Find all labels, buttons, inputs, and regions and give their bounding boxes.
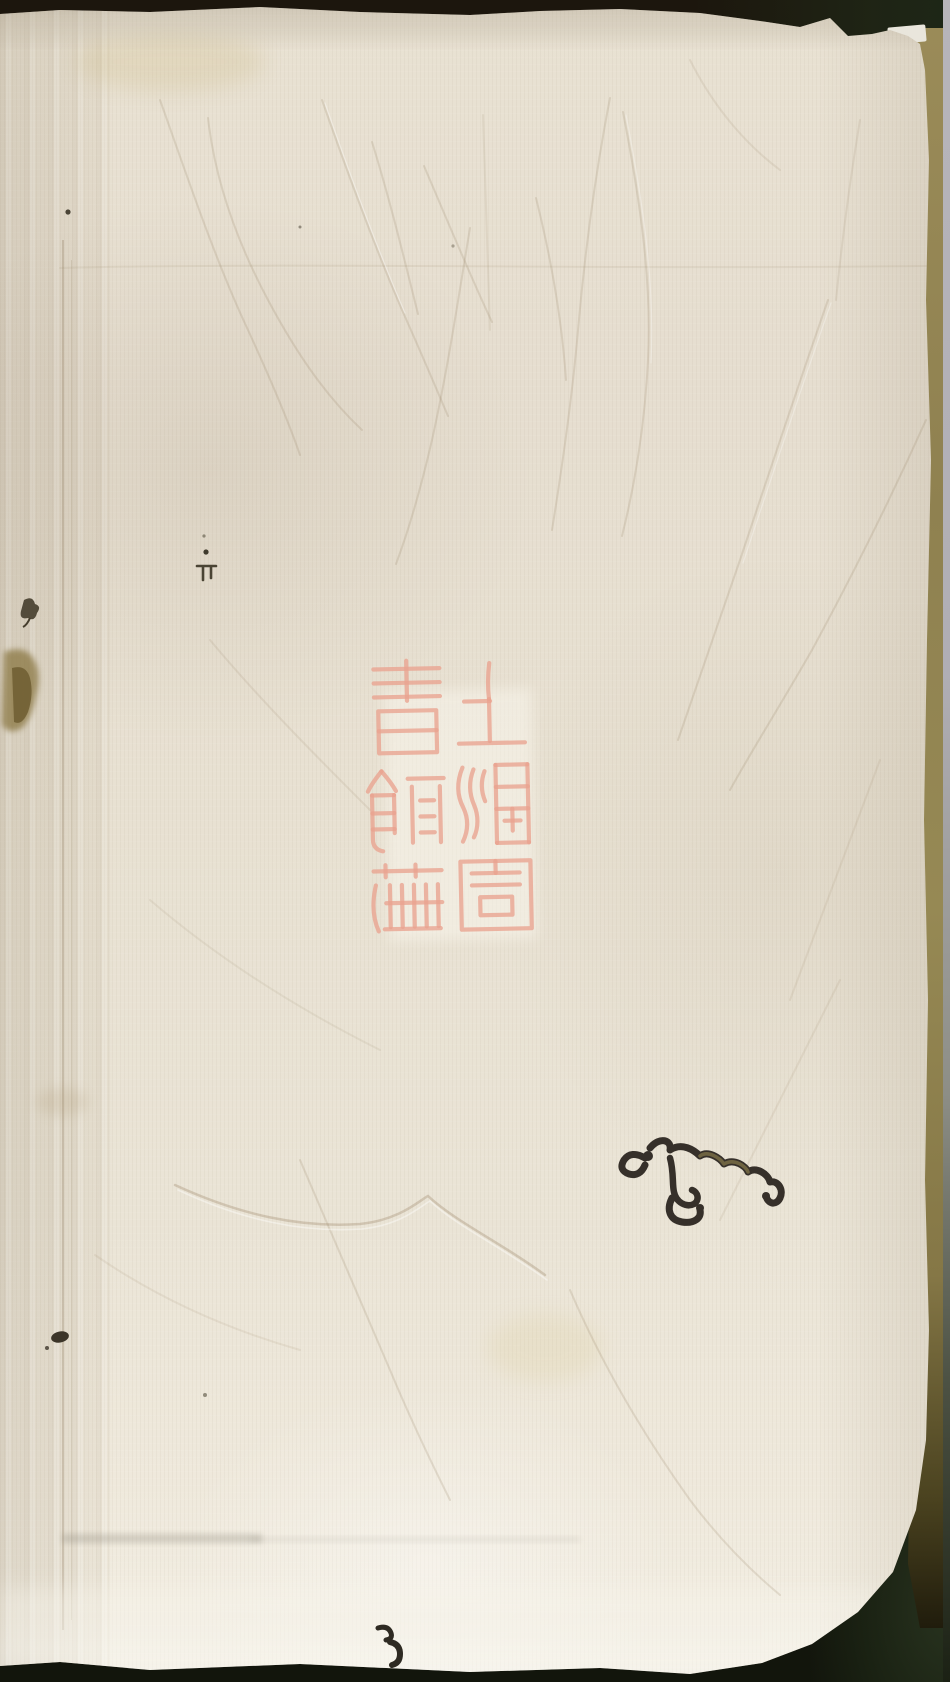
scanner-edge-strip	[943, 0, 950, 1682]
ink-speck	[203, 1393, 207, 1397]
left-edge-ink-blot	[21, 598, 39, 619]
top-left-stain	[75, 32, 265, 92]
ink-dot	[203, 549, 208, 554]
ink-speck	[299, 226, 302, 229]
ink-speck	[45, 1346, 49, 1350]
gray-smudge-band	[62, 1534, 262, 1543]
paper-marks-overlay	[0, 0, 950, 1682]
bottom-bright-band	[0, 1588, 880, 1666]
left-edge-ink-blot-tail	[23, 618, 30, 627]
pi-shaped-ink-mark	[197, 566, 216, 580]
gray-smudge-band-faint	[250, 1537, 580, 1542]
paper-sheet	[0, 0, 950, 1682]
top-edge-shading	[0, 12, 840, 38]
ink-speck	[65, 209, 70, 214]
ink-dot-faint	[202, 534, 205, 537]
wormhole-ink-trail	[622, 1141, 781, 1223]
ink-speck	[451, 244, 454, 247]
left-ink-blot-lower	[50, 1330, 70, 1345]
crumple-fold	[175, 1185, 545, 1275]
scanned-book-page: 上海圖書館藏	[0, 0, 950, 1682]
library-seal	[365, 658, 537, 941]
left-smudge	[36, 1088, 88, 1116]
